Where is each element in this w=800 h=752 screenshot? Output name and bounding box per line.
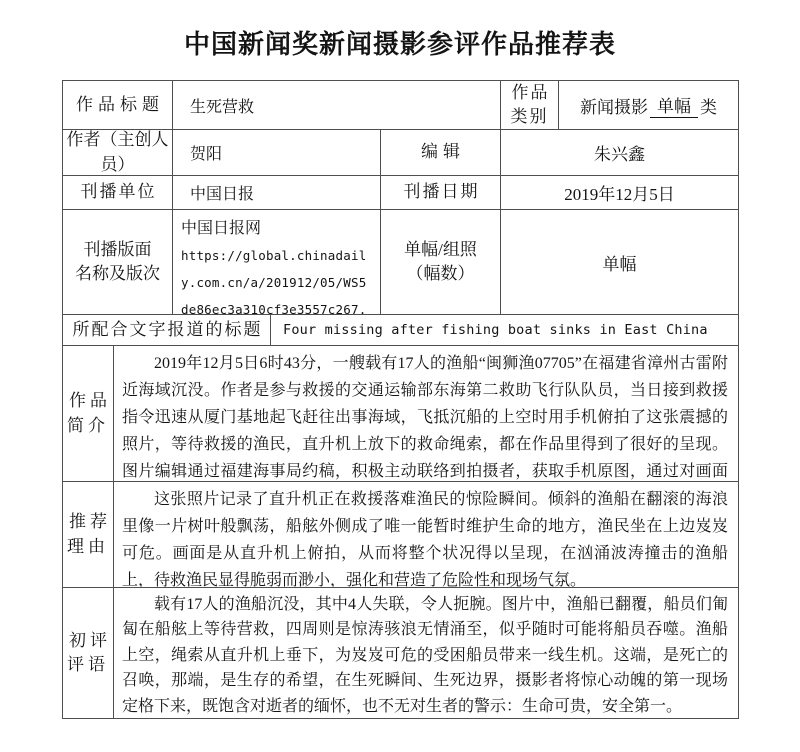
recommendation-label: 推荐 理由 <box>63 482 114 587</box>
headline-value: Four missing after fishing boat sinks in… <box>271 315 738 345</box>
row-recommendation: 推荐 理由 这张照片记录了直升机正在救援落难渔民的惊险瞬间。倾斜的渔船在翻滚的海… <box>63 482 738 588</box>
recommendation-form-table: 作品标题 生死营救 作品 类别 新闻摄影 单幅 类 作者（主创人 员） 贺阳 编… <box>62 80 739 719</box>
category-label: 作品 类别 <box>501 81 559 129</box>
row-news-headline: 所配合文字报道的标题 Four missing after fishing bo… <box>63 315 738 346</box>
author-value: 贺阳 <box>173 130 381 175</box>
intro-cell: 2019年12月5日6时43分，一艘载有17人的渔船“闽狮渔07705”在福建省… <box>114 346 738 481</box>
recommendation-cell: 这张照片记录了直升机正在救援落难渔民的惊险瞬间。倾斜的渔船在翻滚的海浪里像一片树… <box>114 482 738 587</box>
publisher-label: 刊播单位 <box>63 176 173 209</box>
work-title-value: 生死营救 <box>173 81 501 129</box>
row-edition: 刊播版面 名称及版次 中国日报网 https://global.chinadai… <box>63 210 738 315</box>
edition-value: 中国日报网 https://global.chinadaily.com.cn/a… <box>173 210 381 314</box>
category-prefix: 新闻摄影 <box>580 93 648 118</box>
document-title: 中国新闻奖新闻摄影参评作品推荐表 <box>0 24 800 61</box>
edition-site-name: 中国日报网 <box>181 215 372 242</box>
editor-label: 编辑 <box>381 130 501 175</box>
review-text: 载有17人的渔船沉没，其中4人失联，令人扼腕。图片中，渔船已翻覆，船员们匍匐在船… <box>122 592 728 718</box>
work-title-label: 作品标题 <box>63 81 173 129</box>
document-page: 中国新闻奖新闻摄影参评作品推荐表 作品标题 生死营救 作品 类别 新闻摄影 单幅… <box>0 0 800 752</box>
recommendation-text: 这张照片记录了直升机正在救援落难渔民的惊险瞬间。倾斜的渔船在翻滚的海浪里像一片树… <box>122 486 728 587</box>
category-underlined-value: 单幅 <box>650 92 698 118</box>
row-publisher-date: 刊播单位 中国日报 刊播日期 2019年12月5日 <box>63 176 738 210</box>
photo-count-value: 单幅 <box>501 210 738 314</box>
category-value: 新闻摄影 单幅 类 <box>559 81 738 129</box>
photo-count-label: 单幅/组照 （幅数） <box>381 210 501 314</box>
row-author-editor: 作者（主创人 员） 贺阳 编辑 朱兴鑫 <box>63 130 738 176</box>
publisher-value: 中国日报 <box>173 176 381 209</box>
intro-label: 作品 简介 <box>63 346 114 481</box>
row-intro: 作品 简介 2019年12月5日6时43分，一艘载有17人的渔船“闽狮渔0770… <box>63 346 738 482</box>
intro-text: 2019年12月5日6时43分，一艘载有17人的渔船“闽狮渔07705”在福建省… <box>122 350 728 481</box>
category-suffix: 类 <box>700 93 717 118</box>
edition-label: 刊播版面 名称及版次 <box>63 210 173 314</box>
headline-label: 所配合文字报道的标题 <box>63 315 271 345</box>
editor-value: 朱兴鑫 <box>501 130 738 175</box>
row-preliminary-review: 初评 评语 载有17人的渔船沉没，其中4人失联，令人扼腕。图片中，渔船已翻覆，船… <box>63 588 738 718</box>
publish-date-label: 刊播日期 <box>381 176 501 209</box>
review-cell: 载有17人的渔船沉没，其中4人失联，令人扼腕。图片中，渔船已翻覆，船员们匍匐在船… <box>114 588 738 718</box>
publish-date-value: 2019年12月5日 <box>501 176 738 209</box>
row-work-title: 作品标题 生死营救 作品 类别 新闻摄影 单幅 类 <box>63 81 738 130</box>
author-label: 作者（主创人 员） <box>63 130 173 175</box>
edition-url: https://global.chinadaily.com.cn/a/20191… <box>181 242 372 314</box>
review-label: 初评 评语 <box>63 588 114 718</box>
